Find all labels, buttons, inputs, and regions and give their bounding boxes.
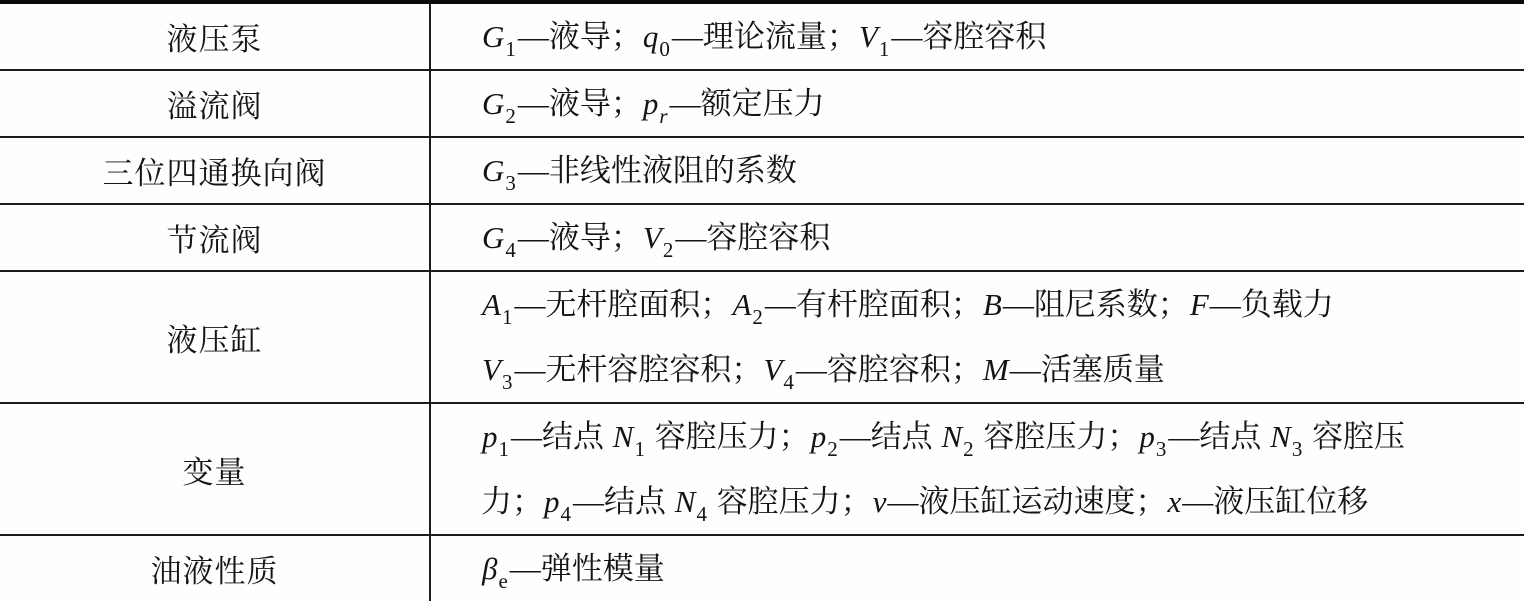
variable-symbol: V: [481, 352, 502, 387]
variable-symbol: V: [642, 220, 663, 255]
symbol-definition-cell: G4—液导；V2—容腔容积: [431, 205, 1524, 270]
variable-symbol: G: [481, 220, 505, 255]
definition-line: G3—非线性液阻的系数: [481, 138, 1506, 203]
variable-symbol: V: [858, 19, 879, 54]
text-run: —结点: [1168, 419, 1269, 454]
table-row: 液压缸A1—无杆腔面积；A2—有杆腔面积；B—阻尼系数；F—负载力V3—无杆容腔…: [0, 272, 1524, 404]
variable-symbol: p: [481, 419, 499, 454]
symbol-table: 液压泵G1—液导；q0—理论流量；V1—容腔容积溢流阀G2—液导；pr—额定压力…: [0, 0, 1524, 601]
table-row: 液压泵G1—液导；q0—理论流量；V1—容腔容积: [0, 4, 1524, 71]
symbol-definition-cell: G2—液导；pr—额定压力: [431, 71, 1524, 136]
variable-symbol: G: [481, 19, 505, 54]
text-run: —液导；: [518, 86, 642, 121]
variable-symbol: A: [481, 287, 502, 322]
symbol-definition-cell: G3—非线性液阻的系数: [431, 138, 1524, 203]
variable-symbol: p: [1138, 419, 1156, 454]
text-run: —阻尼系数；: [1003, 287, 1189, 322]
text-run: —非线性液阻的系数: [518, 153, 797, 188]
text-run: —液导；: [518, 220, 642, 255]
text-run: —液压缸运动速度；: [887, 484, 1166, 519]
text-run: —容腔容积: [675, 220, 830, 255]
text-run: 容腔压力；: [709, 484, 872, 519]
component-name-cell: 液压缸: [0, 272, 431, 402]
definition-line: βe—弹性模量: [481, 536, 1506, 601]
definition-line: V3—无杆容腔容积；V4—容腔容积；M—活塞质量: [481, 337, 1506, 402]
table-row: 节流阀G4—液导；V2—容腔容积: [0, 205, 1524, 272]
text-run: —结点: [840, 419, 941, 454]
symbol-definition-cell: βe—弹性模量: [431, 536, 1524, 601]
symbol-table-body: 液压泵G1—液导；q0—理论流量；V1—容腔容积溢流阀G2—液导；pr—额定压力…: [0, 4, 1524, 601]
variable-symbol: p: [642, 86, 660, 121]
text-run: —结点: [511, 419, 612, 454]
table-row: 三位四通换向阀G3—非线性液阻的系数: [0, 138, 1524, 205]
variable-symbol: B: [982, 287, 1003, 322]
text-run: —活塞质量: [1010, 352, 1165, 387]
table-row: 溢流阀G2—液导；pr—额定压力: [0, 71, 1524, 138]
definition-line: G1—液导；q0—理论流量；V1—容腔容积: [481, 4, 1506, 69]
component-name-cell: 节流阀: [0, 205, 431, 270]
variable-symbol: F: [1189, 287, 1210, 322]
component-name-cell: 液压泵: [0, 4, 431, 69]
text-run: 力；: [481, 484, 543, 519]
text-run: —容腔容积: [891, 19, 1046, 54]
text-run: —液导；: [518, 19, 642, 54]
variable-symbol: N: [674, 484, 697, 519]
definition-line: p1—结点 N1 容腔压力；p2—结点 N2 容腔压力；p3—结点 N3 容腔压: [481, 404, 1506, 469]
variable-symbol: G: [481, 153, 505, 188]
variable-symbol: p: [810, 419, 828, 454]
symbol-definition-cell: p1—结点 N1 容腔压力；p2—结点 N2 容腔压力；p3—结点 N3 容腔压…: [431, 404, 1524, 534]
variable-symbol: V: [762, 352, 783, 387]
component-name-cell: 油液性质: [0, 536, 431, 601]
text-run: 容腔压: [1304, 419, 1405, 454]
variable-symbol: G: [481, 86, 505, 121]
definition-line: G4—液导；V2—容腔容积: [481, 205, 1506, 270]
text-run: —无杆容腔容积；: [514, 352, 762, 387]
symbol-definition-cell: A1—无杆腔面积；A2—有杆腔面积；B—阻尼系数；F—负载力V3—无杆容腔容积；…: [431, 272, 1524, 402]
variable-symbol: N: [612, 419, 635, 454]
variable-symbol: N: [940, 419, 963, 454]
variable-symbol: β: [481, 551, 498, 586]
variable-symbol: M: [982, 352, 1010, 387]
variable-symbol: v: [872, 484, 888, 519]
text-run: —结点: [573, 484, 674, 519]
symbol-definition-cell: G1—液导；q0—理论流量；V1—容腔容积: [431, 4, 1524, 69]
text-run: —容腔容积；: [796, 352, 982, 387]
text-run: —额定压力: [670, 86, 825, 121]
variable-symbol: p: [543, 484, 561, 519]
text-run: 容腔压力；: [976, 419, 1139, 454]
text-run: —负载力: [1210, 287, 1334, 322]
variable-symbol: N: [1269, 419, 1292, 454]
variable-symbol: q: [642, 19, 660, 54]
table-row: 油液性质βe—弹性模量: [0, 536, 1524, 601]
component-name-cell: 三位四通换向阀: [0, 138, 431, 203]
text-run: —无杆腔面积；: [514, 287, 731, 322]
text-run: —理论流量；: [672, 19, 858, 54]
definition-line: 力；p4—结点 N4 容腔压力；v—液压缸运动速度；x—液压缸位移: [481, 469, 1506, 534]
component-name-cell: 变量: [0, 404, 431, 534]
table-row: 变量p1—结点 N1 容腔压力；p2—结点 N2 容腔压力；p3—结点 N3 容…: [0, 404, 1524, 536]
definition-line: A1—无杆腔面积；A2—有杆腔面积；B—阻尼系数；F—负载力: [481, 272, 1506, 337]
definition-line: G2—液导；pr—额定压力: [481, 71, 1506, 136]
variable-symbol: x: [1166, 484, 1182, 519]
component-name-cell: 溢流阀: [0, 71, 431, 136]
text-run: 容腔压力；: [647, 419, 810, 454]
text-run: —液压缸位移: [1182, 484, 1368, 519]
variable-symbol: A: [731, 287, 752, 322]
text-run: —弹性模量: [510, 551, 665, 586]
text-run: —有杆腔面积；: [765, 287, 982, 322]
